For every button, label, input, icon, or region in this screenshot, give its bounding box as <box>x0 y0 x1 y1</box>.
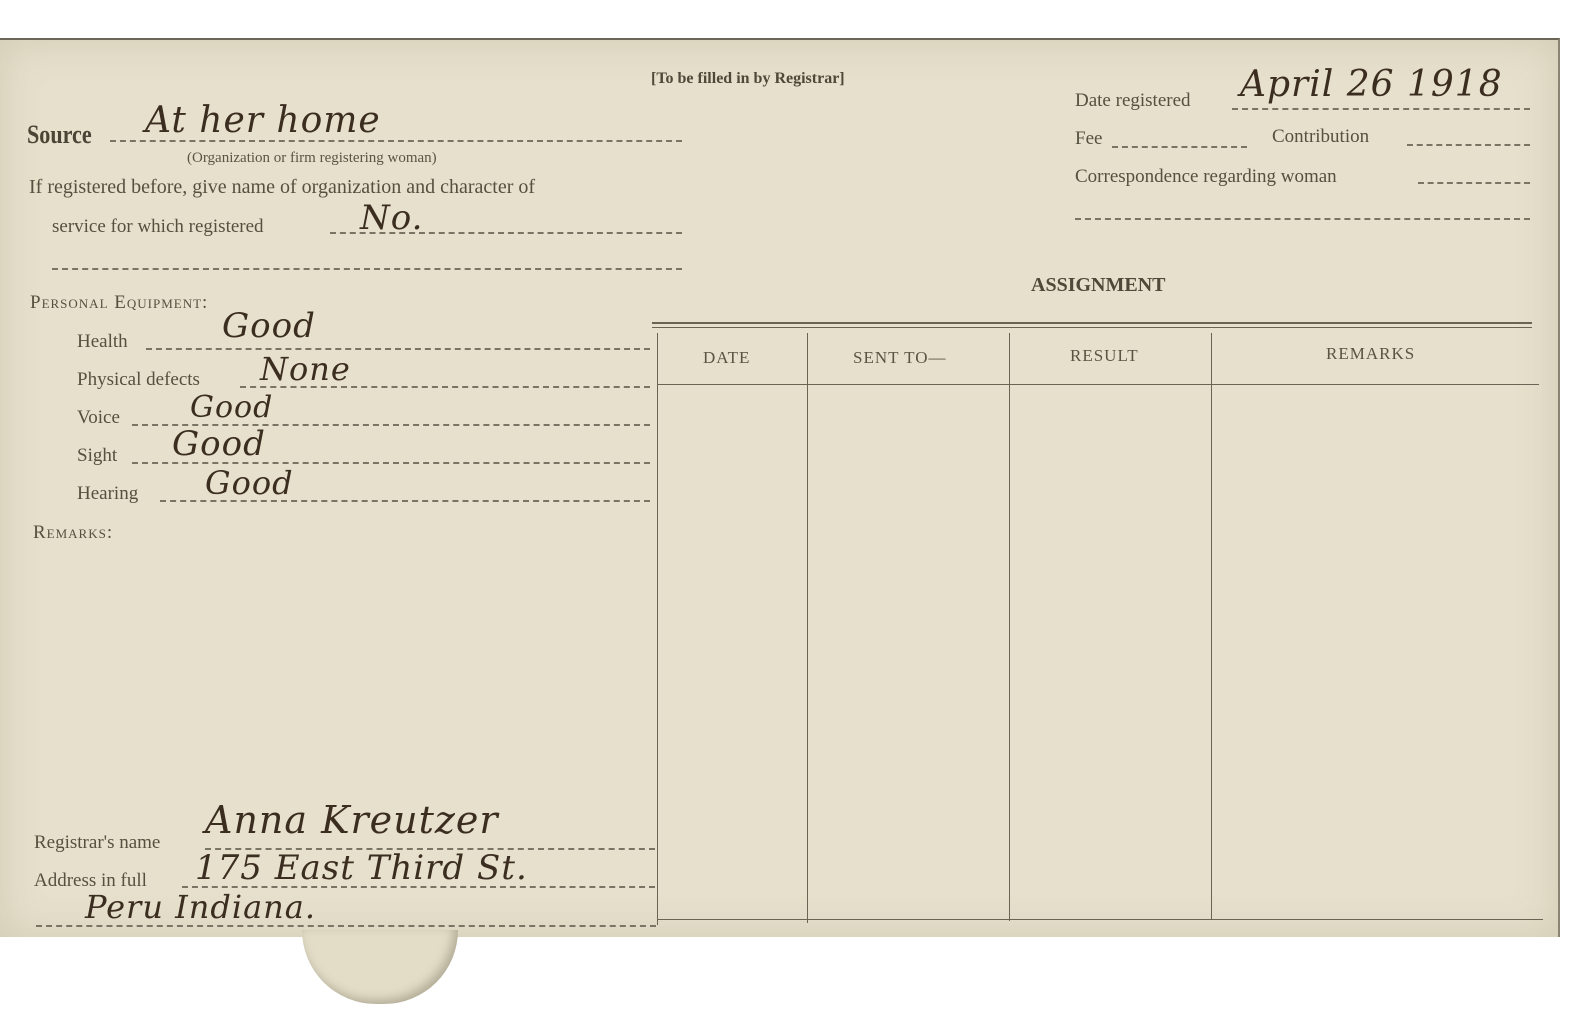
column-header-remarks: REMARKS <box>1326 344 1415 364</box>
table-border-left <box>657 333 658 925</box>
hearing-value[interactable]: Good <box>205 464 294 502</box>
date-registered-label: Date registered <box>1075 90 1191 112</box>
table-border-bottom <box>657 919 1543 920</box>
assignment-rule-top <box>652 322 1532 324</box>
physical-defects-value[interactable]: None <box>260 350 351 388</box>
voice-label: Voice <box>77 407 120 429</box>
previous-registration-value[interactable]: No. <box>360 198 423 238</box>
correspondence-label: Correspondence regarding woman <box>1075 166 1337 188</box>
assignment-rule-top-2 <box>652 327 1532 328</box>
card-index-tab <box>302 930 458 1004</box>
source-caption: (Organization or firm registering woman) <box>187 150 437 167</box>
column-divider-1 <box>807 333 808 923</box>
contribution-label: Contribution <box>1272 126 1369 148</box>
column-header-sent-to: SENT TO— <box>853 348 947 368</box>
source-label: Source <box>27 120 92 150</box>
physical-defects-label: Physical defects <box>77 369 200 391</box>
fee-label: Fee <box>1075 128 1102 150</box>
health-value[interactable]: Good <box>222 306 316 346</box>
registrar-note: [To be filled in by Registrar] <box>651 70 845 88</box>
source-value[interactable]: At her home <box>145 100 381 141</box>
sight-value[interactable]: Good <box>172 424 266 464</box>
address-value-1[interactable]: 175 East Third St. <box>195 848 528 888</box>
hearing-label: Hearing <box>77 483 138 505</box>
date-registered-line <box>1232 108 1530 110</box>
correspondence-line[interactable] <box>1418 182 1530 184</box>
contribution-line[interactable] <box>1407 144 1530 146</box>
registrar-name-value[interactable]: Anna Kreutzer <box>205 798 499 842</box>
date-registered-value[interactable]: April 26 1918 <box>1240 64 1503 105</box>
remarks-label: Remarks: <box>33 522 113 544</box>
correspondence-line-2[interactable] <box>1075 218 1530 220</box>
personal-equipment-title: Personal Equipment: <box>30 292 208 314</box>
column-header-date: DATE <box>703 348 750 368</box>
column-divider-3 <box>1211 333 1212 919</box>
sight-label: Sight <box>77 445 117 467</box>
fee-line[interactable] <box>1112 146 1247 148</box>
address-value-2[interactable]: Peru Indiana. <box>85 888 316 926</box>
column-divider-2 <box>1009 333 1010 921</box>
header-underline <box>657 384 1539 385</box>
registrar-name-label: Registrar's name <box>34 832 160 854</box>
previous-registration-label-1: If registered before, give name of organ… <box>29 176 535 199</box>
voice-value[interactable]: Good <box>190 390 273 425</box>
previous-registration-line-2 <box>52 268 682 270</box>
assignment-title: ASSIGNMENT <box>1031 274 1165 297</box>
health-label: Health <box>77 331 128 353</box>
previous-registration-label-2: service for which registered <box>52 216 264 238</box>
health-line <box>146 348 650 350</box>
column-header-result: RESULT <box>1070 346 1139 366</box>
